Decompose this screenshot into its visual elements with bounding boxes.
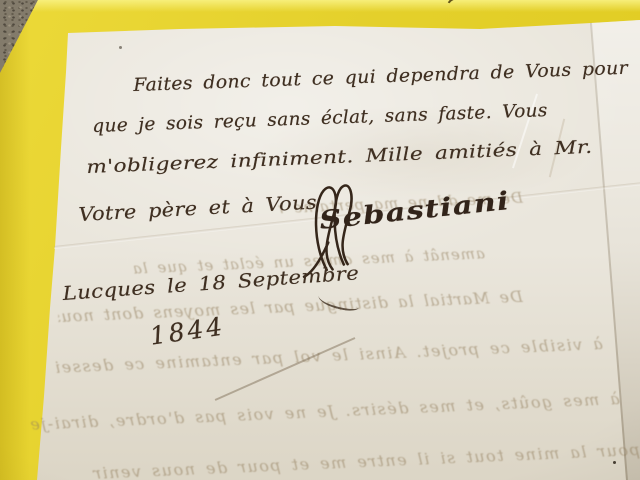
photo-of-handwritten-letter: De me dd ne ma pertaine ni amenât à mes … [0,0,640,480]
